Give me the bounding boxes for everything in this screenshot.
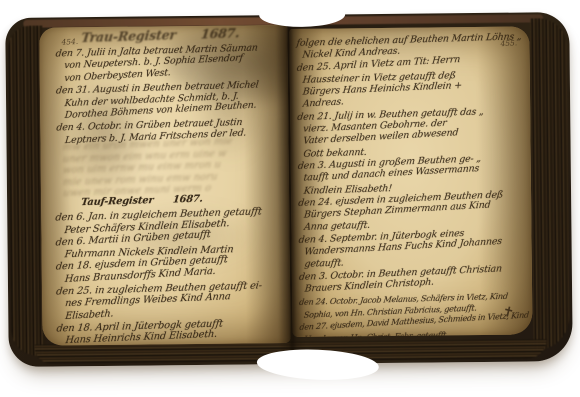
handwriting-line: Sophia, von Hn. Christian Fabricius, get… xyxy=(299,299,531,321)
handwriting-line: Wandersmanns Hans Fuchs Kind Johannes xyxy=(298,234,530,259)
marriage-register-section: Trau-Register 1687. den 7. Julii in Jalt… xyxy=(55,28,284,148)
handwriting-line: Kuhn der wohlbedachte Schmidt, b. J. xyxy=(55,88,284,110)
handwriting-line: taufft und danach eines Wassermanns xyxy=(297,161,529,186)
handwriting-line: den 3. Augusti in großem Beuthen ge- „ xyxy=(297,151,529,173)
handwriting-line: Gott bekannt. xyxy=(297,142,529,161)
handwriting-line: den 4. Septembr. in Jüterbogk eines xyxy=(298,225,530,247)
ghost-line: won uim ernw mu einw mron u xyxy=(62,157,285,177)
page-number-left: 454. xyxy=(61,37,78,47)
ink-bleedthrough-lines: mw ein uron mwen uner won mieuner mwon e… xyxy=(62,137,285,197)
handwriting-line: von Neupetersh. b. J. Sophia Elsendorf xyxy=(55,51,284,73)
ink-smudge xyxy=(58,66,149,197)
handwriting-line: Dorothea Böhmens von kleinem Beuthen. xyxy=(56,98,285,123)
handwriting-line: getaufft. xyxy=(298,252,530,271)
handwriting-line: Andreas. xyxy=(297,87,529,112)
handwriting-line: Fuhrmann Nickels Kindlein Martin xyxy=(55,243,288,262)
cross-mark: ✝ xyxy=(501,304,516,322)
handwriting-line: Peter Schäfers Kindlein Elisabeth. xyxy=(55,215,288,237)
ghost-line: mie unew rom winu emw noru xyxy=(62,169,285,189)
handwriting-line: Haussteiner in Vietz getaufft deß xyxy=(296,68,528,87)
handwriting-line: den 6. Martii in Grüben getaufft xyxy=(55,225,288,250)
page-number-right: 455. xyxy=(501,38,518,48)
page-block-edges-right xyxy=(530,18,569,350)
baptism-entries-right: folgen die ehelichen auf Beuthen Martin … xyxy=(296,35,530,336)
handwriting-line: Leptners b. J. Maria Fritschens der led. xyxy=(56,126,285,148)
handwriting-line: den 24. ejusdem in zugleichem Beuthen de… xyxy=(298,188,530,210)
handwriting-line: Nickel Kind Andreas. xyxy=(296,41,528,63)
handwriting-line: Bürgers Hans Heinichs Kindlein + xyxy=(296,77,528,99)
marriage-register-header: Trau-Register 1687. xyxy=(81,25,285,45)
handwriting-line: Bürgers Stephan Zimmermann aus Kind xyxy=(298,198,530,223)
ghost-line: uwen mir onwe muni werm o xyxy=(62,180,285,200)
handwriting-line: nes Fremdlings Weibes Kind Anna xyxy=(56,289,289,311)
handwriting-line: Kindlein Elisabeth! xyxy=(297,179,529,198)
handwriting-line: den 4. Octobr. in Grüben betrauet Justin xyxy=(56,116,285,135)
left-page: 454. Trau-Register 1687. den 7. Julii in… xyxy=(39,25,290,346)
handwriting-line: von Oberbeysten West. xyxy=(55,61,284,86)
handwriting-line: den 18. April in Jüterbogk getaufft xyxy=(56,317,289,336)
ghost-line: mw ein uron mwen uner won mie xyxy=(62,134,285,154)
book-gutter-shadow xyxy=(275,15,305,364)
baptism-register-header: Tauf-Register 1687. xyxy=(80,191,287,209)
handwriting-line: den 25. April in Vietz am Tit: Herrn xyxy=(296,50,528,75)
handwriting-line: den 18. ejusdem in Grüben getaufft xyxy=(55,252,288,274)
handwriting-line: den 24. Octobr. Jacob Melanus, Schäfers … xyxy=(299,289,531,308)
handwriting-line: Ursula, von Hn. Christ. Fabr. getaufft. … xyxy=(299,326,531,337)
handwriting-line: den 21. Julij in w. Beuthen getaufft das… xyxy=(297,105,529,124)
handwriting-line: den 3. Octobr. in Beuthen getaufft Chris… xyxy=(298,262,530,284)
photo-of-open-register-book: 454. Trau-Register 1687. den 7. Julii in… xyxy=(0,0,580,397)
handwriting-line: den 31. Augusti in Beuthen betrauet Mich… xyxy=(55,79,284,98)
book: 454. Trau-Register 1687. den 7. Julii in… xyxy=(5,12,573,367)
ink-smudge xyxy=(101,205,262,267)
handwriting-line: den 6. Jan. in zugleichem Beuthen getauf… xyxy=(55,206,288,225)
baptism-register-section-left: Tauf-Register 1687. den 6. Jan. in zugle… xyxy=(55,195,289,346)
handwriting-line: Hans Heinrichs Kind Elisabeth. xyxy=(56,326,289,346)
handwriting-line: den 7. Julii in Jalta betrauet Martin Sä… xyxy=(55,42,284,61)
handwriting-line: Hans Braunsdorffs Kind Maria. xyxy=(55,262,288,287)
handwriting-line: den 27. ejusdem, David Matthesius, Schmi… xyxy=(299,308,531,333)
handwriting-line: den 25. in zugleichem Beuthen getaufft e… xyxy=(55,280,288,299)
ghost-line: uner mwon eim wnu erm uine w xyxy=(62,146,285,166)
ink-smudge xyxy=(159,25,290,106)
handwriting-line: Vater derselben weilen abwesend xyxy=(297,124,529,149)
marriage-entries: den 7. Julii in Jalta betrauet Martin Sä… xyxy=(56,46,285,148)
ink-smudge xyxy=(189,45,270,166)
handwriting-line: Elisabeth. xyxy=(56,299,289,324)
handwriting-line: folgen die ehelichen auf Beuthen Martin … xyxy=(296,31,528,50)
handwriting-line: Anna getaufft. xyxy=(298,215,530,234)
handwriting-line: Brauers Kindlein Christoph. xyxy=(299,271,531,296)
right-page: 455. folgen die ehelichen auf Beuthen Ma… xyxy=(289,26,532,336)
baptism-entries-left: den 6. Jan. in zugleichem Beuthen getauf… xyxy=(55,210,288,345)
handwriting-line: vierz. Masanten Gebohrne. der xyxy=(297,114,529,136)
